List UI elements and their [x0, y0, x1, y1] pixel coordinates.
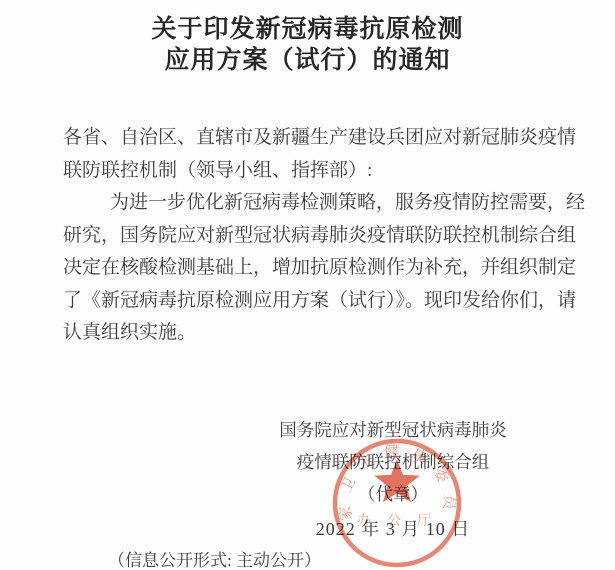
signature-org-line-1: 国务院应对新型冠状病毒肺炎	[277, 414, 509, 446]
disclosure-footer: （信息公开形式: 主动公开）	[108, 546, 321, 570]
title-line-1: 关于印发新冠病毒抗原检测	[0, 14, 615, 45]
body-line: 认真组织实施。	[63, 317, 581, 350]
signature-org-line-2: 疫情联防联控机制综合组	[277, 446, 509, 478]
document-title: 关于印发新冠病毒抗原检测 应用方案（试行）的通知	[0, 0, 615, 76]
document-page: 关于印发新冠病毒抗原检测 应用方案（试行）的通知 各省、自治区、直辖市及新疆生产…	[0, 0, 615, 570]
signature-seal-note: （代章）	[277, 478, 509, 510]
title-line-2: 应用方案（试行）的通知	[0, 45, 615, 76]
body-line: 决定在核酸检测基础上，增加抗原检测作为补充，并组织制定	[63, 252, 581, 285]
body-line: 了《新冠病毒抗原检测应用方案（试行）》。现印发给你们，请	[63, 285, 581, 318]
signature-block: 国务院应对新型冠状病毒肺炎 疫情联防联控机制综合组 （代章） 2022 年 3 …	[277, 414, 509, 544]
signature-date: 2022 年 3 月 10 日	[277, 514, 509, 544]
body-line: 各省、自治区、直辖市及新疆生产建设兵团应对新冠肺炎疫情	[63, 122, 581, 155]
body-line: 为进一步优化新冠病毒检测策略，服务疫情防控需要，经	[63, 187, 581, 220]
body-line: 研究，国务院应对新型冠状病毒肺炎疫情联防联控机制综合组	[63, 220, 581, 253]
body-line: 联防联控机制（领导小组、指挥部）:	[63, 155, 581, 188]
document-body: 各省、自治区、直辖市及新疆生产建设兵团应对新冠肺炎疫情 联防联控机制（领导小组、…	[0, 122, 615, 350]
